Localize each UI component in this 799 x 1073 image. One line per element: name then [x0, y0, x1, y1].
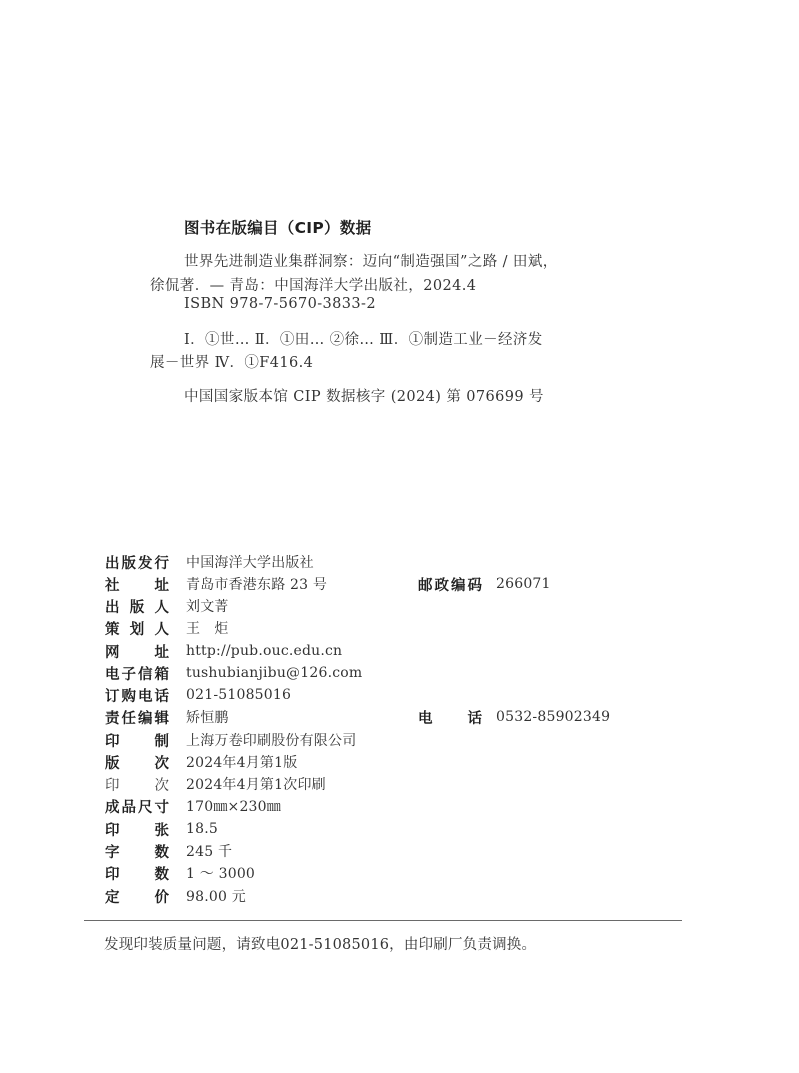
imprint-label: 成品尺寸: [105, 796, 169, 817]
imprint-row-printing: 印次 2024年4月第1次印刷: [105, 773, 326, 795]
imprint-value: 2024年4月第1版: [186, 752, 297, 772]
imprint-row-website: 网址 http://pub.ouc.edu.cn: [105, 640, 342, 662]
cip-heading: 图书在版编目（CIP）数据: [184, 216, 371, 238]
email-link[interactable]: tushubianjibu@126.com: [186, 665, 362, 681]
imprint-row-price: 定价 98.00 元: [105, 885, 246, 907]
imprint-value: 青岛市香港东路 23 号: [186, 574, 327, 594]
imprint-label: 出版发行: [105, 552, 169, 573]
website-link[interactable]: http://pub.ouc.edu.cn: [186, 643, 342, 659]
imprint-label: 责任编辑: [105, 707, 169, 728]
imprint-label: 印张: [105, 819, 169, 840]
imprint-value: 021-51085016: [186, 687, 291, 703]
imprint-label: 电话: [418, 707, 482, 728]
copyright-page: 图书在版编目（CIP）数据 世界先进制造业集群洞察：迈向“制造强国”之路 / 田…: [0, 0, 799, 1073]
imprint-row-postcode: 邮政编码 266071: [418, 573, 551, 595]
cip-publisher-line: 徐侃著．— 青岛：中国海洋大学出版社，2024.4: [150, 274, 476, 295]
cip-record-number: 中国国家版本馆 CIP 数据核字 (2024) 第 076699 号: [184, 385, 544, 406]
imprint-label: 社址: [105, 574, 169, 595]
imprint-row-sheets: 印张 18.5: [105, 818, 218, 840]
imprint-row-editor: 责任编辑 矫恒鹏: [105, 706, 229, 728]
imprint-value: 王 炬: [186, 618, 229, 638]
imprint-row-address: 社址 青岛市香港东路 23 号: [105, 573, 327, 595]
imprint-label: 字数: [105, 841, 169, 862]
imprint-label: 出版人: [105, 596, 169, 617]
cip-classification-line-cont: 展－世界 Ⅳ．①F416.4: [150, 351, 313, 372]
imprint-label: 版次: [105, 752, 169, 773]
imprint-label: 策划人: [105, 618, 169, 639]
cip-classification-line: Ⅰ．①世… Ⅱ．①田… ②徐… Ⅲ．①制造工业－经济发: [184, 328, 543, 349]
imprint-label: 印数: [105, 863, 169, 884]
imprint-label: 定价: [105, 886, 169, 907]
imprint-row-size: 成品尺寸 170㎜×230㎜: [105, 795, 281, 817]
imprint-label: 印制: [105, 730, 169, 751]
imprint-label: 印次: [105, 774, 169, 795]
imprint-label: 邮政编码: [418, 574, 482, 595]
cip-isbn-line: ISBN 978-7-5670-3833-2: [184, 296, 376, 312]
imprint-value: 中国海洋大学出版社: [186, 552, 314, 572]
imprint-row-print-run: 印数 1 ～ 3000: [105, 862, 255, 884]
quality-notice: 发现印装质量问题，请致电021-51085016，由印刷厂负责调换。: [104, 933, 536, 954]
imprint-row-email: 电子信箱 tushubianjibu@126.com: [105, 662, 362, 684]
imprint-value: 170㎜×230㎜: [186, 796, 281, 816]
imprint-row-planner: 策划人 王 炬: [105, 617, 229, 639]
imprint-label: 订购电话: [105, 685, 169, 706]
imprint-value: 266071: [496, 576, 551, 592]
imprint-value: 18.5: [186, 821, 218, 837]
imprint-row-order-phone: 订购电话 021-51085016: [105, 684, 291, 706]
imprint-row-publisher: 出版发行 中国海洋大学出版社: [105, 551, 314, 573]
imprint-label: 电子信箱: [105, 663, 169, 684]
imprint-value: 98.00 元: [186, 886, 246, 906]
imprint-value: 刘文菁: [186, 596, 229, 616]
footer-divider: [84, 920, 682, 921]
imprint-value: 矫恒鹏: [186, 707, 229, 727]
imprint-row-word-count: 字数 245 千: [105, 840, 232, 862]
imprint-value: 2024年4月第1次印刷: [186, 774, 326, 794]
cip-title-line: 世界先进制造业集群洞察：迈向“制造强国”之路 / 田斌，: [184, 250, 558, 271]
imprint-row-printer: 印制 上海万卷印刷股份有限公司: [105, 729, 356, 751]
imprint-value: 上海万卷印刷股份有限公司: [186, 730, 356, 750]
imprint-row-phone: 电话 0532-85902349: [418, 706, 610, 728]
imprint-row-publisher-person: 出版人 刘文菁: [105, 595, 229, 617]
imprint-value: 1 ～ 3000: [186, 863, 255, 883]
imprint-row-edition: 版次 2024年4月第1版: [105, 751, 297, 773]
imprint-value: 245 千: [186, 841, 232, 861]
imprint-value: 0532-85902349: [496, 709, 610, 725]
imprint-label: 网址: [105, 641, 169, 662]
